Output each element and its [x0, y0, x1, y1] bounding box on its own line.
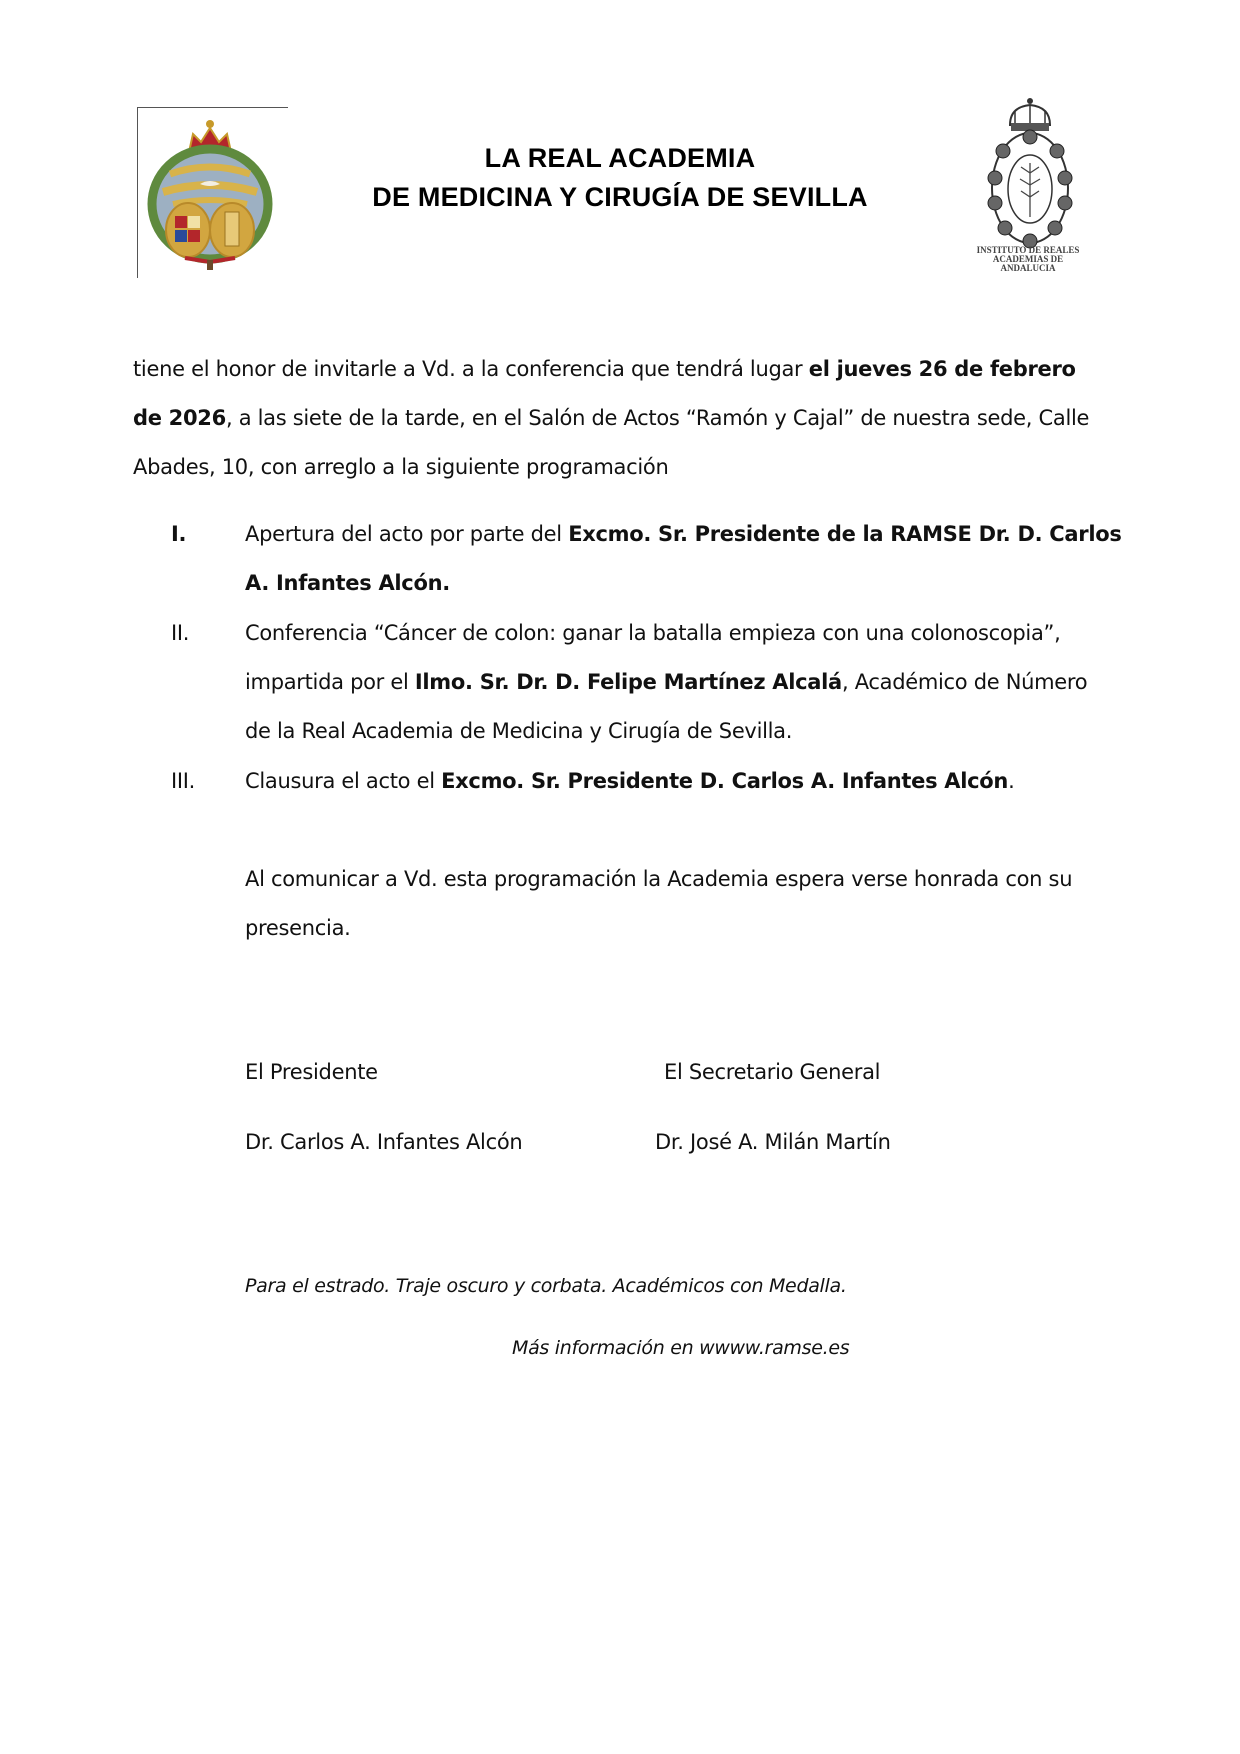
event-location: , a las siete de la tarde, en el Salón d…	[226, 406, 1089, 430]
signature-right-name: Dr. José A. Milán Martín	[655, 1130, 891, 1154]
program-numeral-2: II.	[171, 621, 189, 645]
intro-end: Abades, 10, con arreglo a la siguiente p…	[133, 455, 668, 479]
program-numeral-1: I.	[171, 522, 186, 546]
real-academia-crest-icon	[145, 112, 275, 272]
signature-left-role: El Presidente	[245, 1060, 378, 1084]
event-year: de 2026	[133, 406, 226, 430]
signature-left-name: Dr. Carlos A. Infantes Alcón	[245, 1130, 522, 1154]
program-text: , Académico de Número	[842, 670, 1087, 694]
program-item-2-line-1: Conferencia “Cáncer de colon: ganar la b…	[245, 621, 1060, 645]
dress-code-note: Para el estrado. Traje oscuro y corbata.…	[245, 1275, 847, 1297]
closing-line-2: presencia.	[245, 916, 351, 940]
title-line-1: LA REAL ACADEMIA	[300, 143, 940, 174]
event-date: el jueves 26 de febrero	[809, 357, 1076, 381]
program-person: Excmo. Sr. Presidente D. Carlos A. Infan…	[441, 769, 1008, 793]
program-text: impartida por el	[245, 670, 415, 694]
program-text: .	[1008, 769, 1014, 793]
closing-line-1: Al comunicar a Vd. esta programación la …	[245, 867, 1072, 891]
title-line-2: DE MEDICINA Y CIRUGÍA DE SEVILLA	[300, 182, 940, 213]
program-numeral-3: III.	[171, 769, 195, 793]
program-text: Apertura del acto por parte del	[245, 522, 568, 546]
speaker-name: Ilmo. Sr. Dr. D. Felipe Martínez Alcalá	[415, 670, 842, 694]
intro-line-3: Abades, 10, con arreglo a la siguiente p…	[133, 455, 668, 479]
program-item-1-line-1: Apertura del acto por parte del Excmo. S…	[245, 522, 1122, 546]
program-person: Excmo. Sr. Presidente de la RAMSE Dr. D.…	[568, 522, 1121, 546]
right-crest-caption: INSTITUTO DE REALES ACADEMIAS DE ANDALUC…	[958, 246, 1098, 273]
program-text: Clausura el acto el	[245, 769, 441, 793]
instituto-reales-academias-crest-icon	[985, 93, 1075, 253]
program-item-3-line-1: Clausura el acto el Excmo. Sr. President…	[245, 769, 1014, 793]
program-item-2-line-2: impartida por el Ilmo. Sr. Dr. D. Felipe…	[245, 670, 1087, 694]
signature-right-role: El Secretario General	[664, 1060, 880, 1084]
caption-line-3: ANDALUCIA	[958, 264, 1098, 273]
intro-text: tiene el honor de invitarle a Vd. a la c…	[133, 357, 809, 381]
program-item-1-line-2: A. Infantes Alcón.	[245, 571, 450, 595]
program-item-2-line-3: de la Real Academia de Medicina y Cirugí…	[245, 719, 792, 743]
more-info-note: Más información en wwww.ramse.es	[512, 1337, 849, 1359]
intro-line-2: de 2026, a las siete de la tarde, en el …	[133, 406, 1089, 430]
intro-line-1: tiene el honor de invitarle a Vd. a la c…	[133, 357, 1076, 381]
